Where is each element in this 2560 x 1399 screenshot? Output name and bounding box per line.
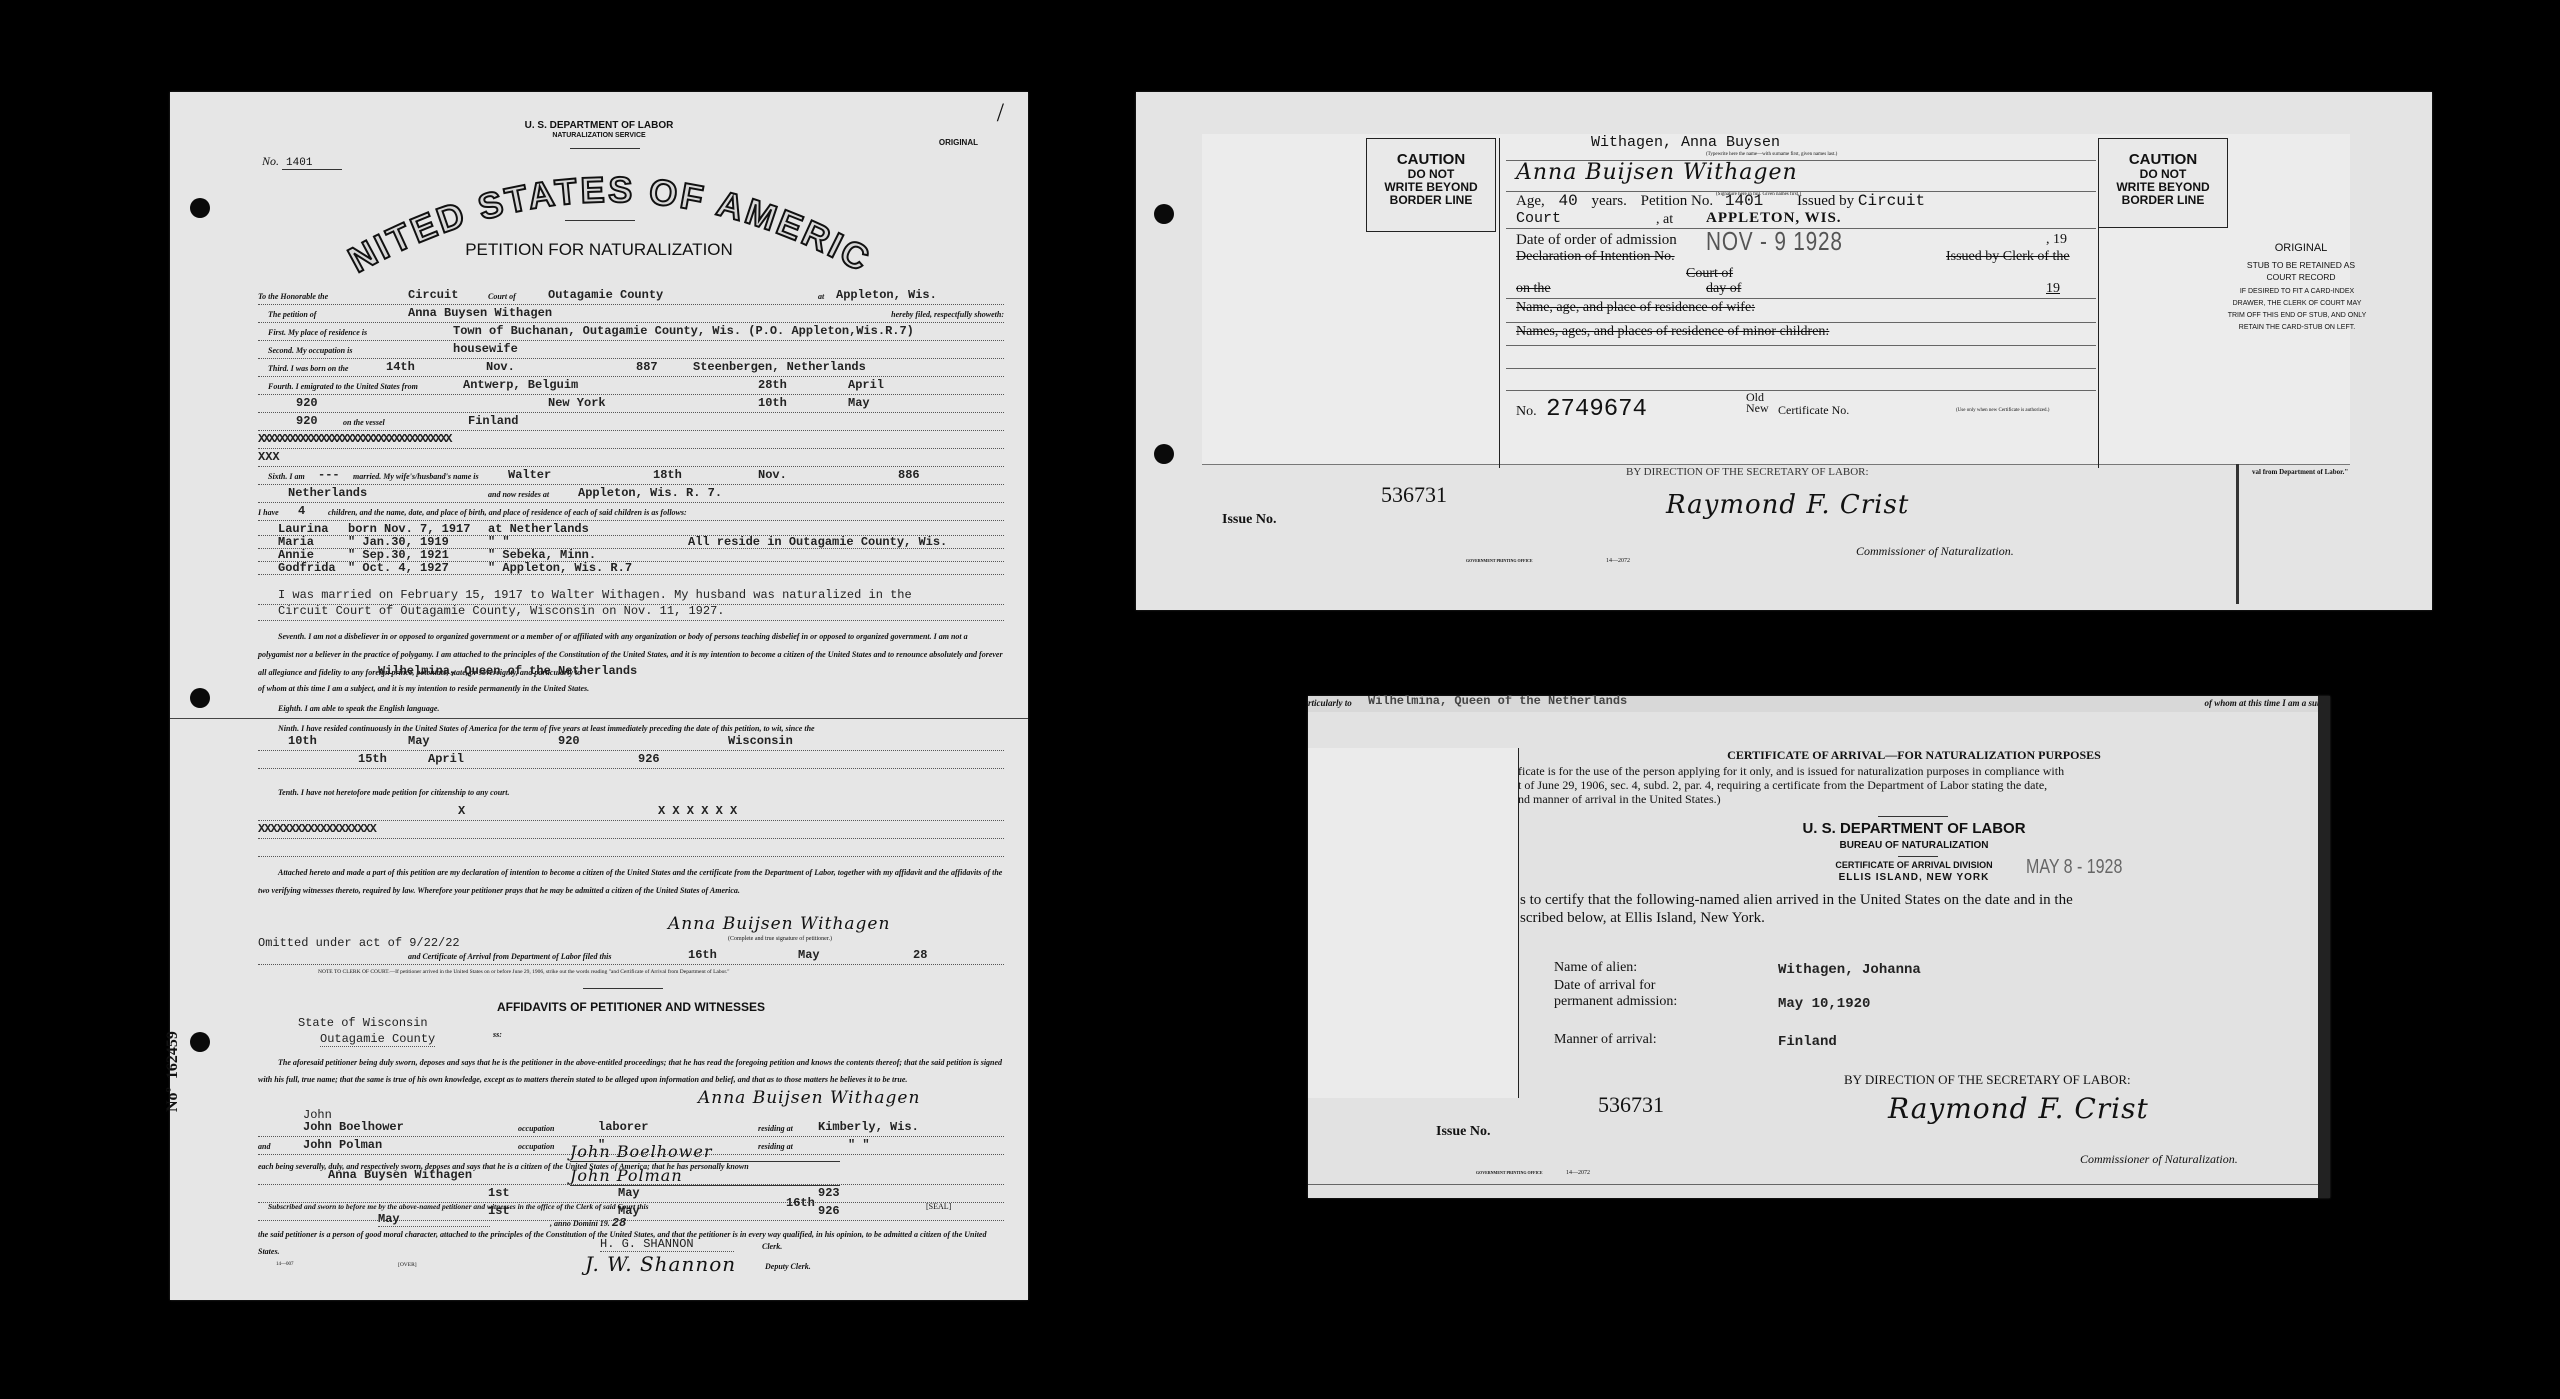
stub-original-label: ORIGINAL xyxy=(2226,242,2376,254)
petitioner-name: Anna Buysen Withagen xyxy=(408,306,552,320)
certificate-stub-page: CAUTION DO NOT WRITE BEYOND BORDER LINE … xyxy=(1136,92,2432,610)
petition-subtitle: PETITION FOR NATURALIZATION xyxy=(170,240,1028,260)
arrival-dept: U. S. DEPARTMENT OF LABOR xyxy=(1518,820,2310,837)
petition-body: To the Honorable theCircuitCourt ofOutag… xyxy=(258,288,1004,1288)
arrival-stamp-date: MAY 8 - 1928 xyxy=(2026,856,2122,879)
stub-admission-date: NOV - 9 1928 xyxy=(1706,226,1843,257)
court-city: Appleton, Wis. xyxy=(836,288,937,302)
witness-signature-1: John Boelhower xyxy=(570,1142,840,1162)
birth-year: 887 xyxy=(636,360,658,374)
spouse-birth-place: Netherlands xyxy=(288,486,367,500)
punch-hole xyxy=(1154,204,1174,224)
child-row: Godfrida" Oct. 4, 1927" Appleton, Wis. R… xyxy=(258,561,1004,575)
clerk-name: H. G. SHANNON xyxy=(600,1237,734,1252)
children-count: 4 xyxy=(298,504,305,518)
petition-number: No. 1401 xyxy=(262,154,342,169)
emigrated-from: Antwerp, Belguim xyxy=(463,378,578,392)
punch-hole xyxy=(190,198,210,218)
stub-signature: Anna Buijsen Withagen xyxy=(1516,160,1798,185)
issue-number: 536731 xyxy=(1598,1092,1664,1118)
arrival-location: ELLIS ISLAND, NEW YORK xyxy=(1518,872,2310,883)
child-row: Maria" Jan.30, 1919" "All reside in Outa… xyxy=(258,535,1004,549)
filed-day: 16th xyxy=(688,948,717,962)
side-number: Noº 162459 xyxy=(164,1031,182,1112)
deputy-signature: J. W. Shannon xyxy=(585,1252,736,1276)
stub-certificate-no: 2749674 xyxy=(1546,396,1647,423)
arched-title: UNITED STATES OF AMERICA xyxy=(340,152,880,282)
occupation: housewife xyxy=(453,342,518,356)
direction-label: BY DIRECTION OF THE SECRETARY OF LABOR: xyxy=(1844,1072,2131,1088)
sworn-month: May xyxy=(378,1212,490,1227)
caution-box-left: CAUTION DO NOT WRITE BEYOND BORDER LINE xyxy=(1366,138,1496,232)
birth-month: Nov. xyxy=(486,360,515,374)
witness-1-residing: Kimberly, Wis. xyxy=(818,1120,919,1134)
spouse-birth-month: Nov. xyxy=(758,468,787,482)
punch-hole xyxy=(190,688,210,708)
child-row: Annie" Sep.30, 1921" Sebeka, Minn. xyxy=(258,548,1004,562)
arrival-month: May xyxy=(848,396,870,410)
witness-1-occupation: laborer xyxy=(598,1120,648,1134)
witness-known-name: Anna Buysen Withagen xyxy=(328,1168,472,1182)
spouse-name: Walter xyxy=(508,468,551,482)
stub-typed-name: Withagen, Anna Buysen xyxy=(1591,134,1780,151)
marriage-note-2: Circuit Court of Outagamie County, Wisco… xyxy=(278,604,724,618)
filed-year: 28 xyxy=(913,948,927,962)
stub-commissioner-signature: Raymond F. Crist xyxy=(1666,490,1909,520)
petition-page: U. S. DEPARTMENT OF LABOR NATURALIZATION… xyxy=(170,92,1028,1300)
caution-box-right: CAUTION DO NOT WRITE BEYOND BORDER LINE xyxy=(2098,138,2228,228)
emigrated-day: 28th xyxy=(758,378,787,392)
stub-issue-no: 536731 xyxy=(1381,482,1447,508)
sworn-day: 16th xyxy=(786,1196,815,1210)
marriage-note-1: I was married on February 15, 1917 to Wa… xyxy=(278,588,912,602)
affidavit-text: The aforesaid petitioner being duly swor… xyxy=(258,1054,1004,1088)
stub-city: APPLETON, WIS. xyxy=(1706,210,1842,227)
residence: Town of Buchanan, Outagamie County, Wis.… xyxy=(453,324,914,338)
original-label: ORIGINAL xyxy=(939,138,978,147)
state: Wisconsin xyxy=(728,734,793,748)
stub-age: 40 xyxy=(1559,192,1578,210)
struck-line: XXXXXXXXXXXXXXXXXXXXXXXXXXXXXXXXXXXXX xyxy=(258,432,450,446)
sovereign: Wilhelmina, Queen of the Netherlands xyxy=(378,664,637,678)
corner-mark: / xyxy=(997,98,1004,128)
emigrated-month: April xyxy=(848,378,884,392)
arrival-certificate-page: rticularly to Wilhelmina, Queen of the N… xyxy=(1308,696,2330,1198)
punch-hole xyxy=(190,1032,210,1052)
affidavits-title: AFFIDAVITS OF PETITIONER AND WITNESSES xyxy=(258,1000,1004,1014)
stub-issued-by: Circuit xyxy=(1858,192,1925,210)
witness-1-name: John Boelhower xyxy=(303,1120,404,1134)
vessel: Finland xyxy=(468,414,518,428)
header-dept: U. S. DEPARTMENT OF LABOR xyxy=(170,120,1028,131)
svg-text:UNITED STATES OF AMERICA: UNITED STATES OF AMERICA xyxy=(340,152,878,280)
attached-clause: Attached hereto and made a part of this … xyxy=(258,864,1004,900)
witness-2-name: John Polman xyxy=(303,1138,382,1152)
folded-flap xyxy=(1308,748,1519,1098)
stub-petition-no: 1401 xyxy=(1725,192,1763,210)
arrival-manner: Finland xyxy=(1778,1034,1837,1050)
spouse-birth-year: 886 xyxy=(898,468,920,482)
arrival-title: CERTIFICATE OF ARRIVAL—FOR NATURALIZATIO… xyxy=(1518,748,2310,763)
birth-place: Steenbergen, Netherlands xyxy=(693,360,866,374)
arrival-day: 10th xyxy=(758,396,787,410)
birth-day: 14th xyxy=(386,360,415,374)
petition-number-value: 1401 xyxy=(282,157,342,170)
emigrated-year: 920 xyxy=(296,396,318,410)
punch-hole xyxy=(1154,444,1174,464)
children-residence-note: All reside in Outagamie County, Wis. xyxy=(688,535,947,549)
arrival-date: May 10,1920 xyxy=(1778,996,1870,1012)
child-row: Laurinaborn Nov. 7, 1917at Netherlands xyxy=(258,522,1004,536)
arched-title-text: UNITED STATES OF AMERICA xyxy=(340,152,878,280)
witness-signature-2: John Polman xyxy=(570,1166,840,1186)
arrival-year: 920 xyxy=(296,414,318,428)
spouse-birth-day: 18th xyxy=(653,468,682,482)
header-service: NATURALIZATION SERVICE xyxy=(170,132,1028,139)
filed-month: May xyxy=(798,948,820,962)
alien-name: Withagen, Johanna xyxy=(1778,962,1921,978)
court-county: Outagamie County xyxy=(548,288,663,302)
sworn-text: Subscribed and sworn to before me by the… xyxy=(268,1202,649,1211)
arrival-port: New York xyxy=(548,396,606,410)
spouse-residence: Appleton, Wis. R. 7. xyxy=(578,486,722,500)
petitioner-signature: Anna Buijsen Withagen xyxy=(668,914,890,934)
commissioner-signature: Raymond F. Crist xyxy=(1888,1092,2149,1125)
court-type: Circuit xyxy=(408,288,458,302)
